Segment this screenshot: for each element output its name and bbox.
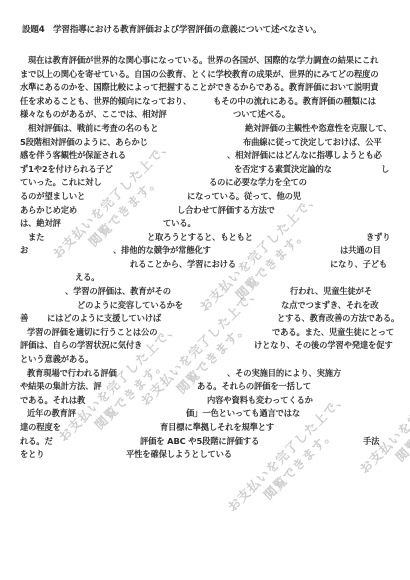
text-segment-line-19: 善 xyxy=(20,313,28,324)
text-segment-line-16: える。 xyxy=(75,272,99,283)
text-segment-line-25: である。それは教 xyxy=(20,395,85,406)
document-page: 設題4 学習指導における教育評価および学習評価の意義について述べなさい。 現在は… xyxy=(0,0,410,580)
text-segment-line-17: 行われ、児童生徒がそ xyxy=(290,286,372,297)
text-segment-line-20: である。また、児童生徒にとって xyxy=(272,327,394,338)
text-segment-line-27: 育目標に準拠しそれを規準とす xyxy=(160,422,274,433)
text-segment-line-14: お xyxy=(20,245,28,256)
text-segment-line-29: をとり xyxy=(20,449,44,460)
text-segment-line-3: 任を求めることも、世界的傾向になっており、 xyxy=(20,96,191,107)
text-segment-line-18: な点でつまずき、それを改 xyxy=(281,300,378,311)
text-segment-line-6: 5段階相対評価のように、あらかじ xyxy=(20,137,148,148)
text-segment-line-8: ず1や2を付けられる子ど xyxy=(20,164,113,175)
text-segment-line-23: 、その実施目的により、実施方 xyxy=(227,368,341,379)
text-segment-line-11: し合わせて評価する方法で xyxy=(177,205,275,216)
text-segment-line-6: 布曲線に従って決定しておけば、公平 xyxy=(243,137,382,148)
text-segment-line-24: や結果の集計方法、評 xyxy=(20,381,101,392)
text-segment-line-28: 手法 xyxy=(363,436,379,447)
text-segment-line-5: 相対評価は、戦前に考査の名のもと xyxy=(28,123,158,134)
text-segment-line-17: 、学習の評価は、教育がその xyxy=(65,286,171,297)
text-segment-line-11: あらかじめ定め xyxy=(20,205,77,216)
text-segment-line-29: 平性を確保しようとしている xyxy=(126,449,232,460)
text-segment-line-21: けとなり、その後の学習や発達を促す xyxy=(254,340,393,351)
text-segment-line-13: また xyxy=(28,232,44,243)
text-segment-line-3: もその中の流れにある。教育評価の種類には xyxy=(213,96,376,107)
text-segment-line-5: 絶対評価の主観性や恣意性を克服して、 xyxy=(245,123,391,134)
text-segment-line-10: るのが望ましいと xyxy=(20,191,85,202)
text-segment-line-10: になっている。従って、他の児 xyxy=(187,191,301,202)
text-segment-line-8: を否定する素質決定論的な xyxy=(234,164,332,175)
text-segment-line-9: ていった。これに対し xyxy=(20,177,101,188)
watermark-line2: 閲覧できます。 xyxy=(392,363,410,465)
text-segment-line-19: にはどのように支援していけば xyxy=(47,313,161,324)
text-segment-line-27: 達の程度を xyxy=(20,422,61,433)
text-segment-line-7: 感を伴う客観性が保証される xyxy=(20,150,126,161)
watermark-line1: お支払いを完了した上で、 xyxy=(356,351,410,477)
text-segment-line-4: ついて述べる。 xyxy=(233,109,290,120)
text-segment-line-20: 学習の評価を適切に行うことは公の xyxy=(27,327,157,338)
text-segment-line-26: 価」一色といっても過言ではな xyxy=(186,408,300,419)
text-segment-line-23: 教育現場で行われる評価 xyxy=(27,368,117,379)
text-segment-line-7: 、相対評価にはどんなに指導しようとも必 xyxy=(227,150,382,161)
text-segment-line-9: るのに必要な学力を全ての xyxy=(209,177,307,188)
text-segment-line-1: まで以上の関心を寄せている。自国の公教育、とくに学校教育の成果が、世界的にみてど… xyxy=(20,69,378,80)
text-segment-line-4: 様々なものがあるが、ここでは、相対評 xyxy=(20,109,167,120)
page-title: 設題4 学習指導における教育評価および学習評価の意義について述べなさい。 xyxy=(22,23,321,35)
text-segment-line-22: という意義がある。 xyxy=(20,354,93,365)
text-segment-line-15: れることから、学習における xyxy=(130,259,236,270)
text-segment-line-13: きずり xyxy=(366,232,390,243)
text-segment-line-21: 評価は、自らの学習状況に気付き xyxy=(20,340,142,351)
text-segment-line-12: ている。 xyxy=(163,218,196,229)
text-segment-line-28: 評価を ABC や5段階に評価する xyxy=(140,436,259,447)
text-segment-line-14: 、排他的な競争が常態化す xyxy=(113,245,211,256)
text-segment-line-28: れる。だ xyxy=(20,436,53,447)
text-segment-line-13: と取ろうとすると、もともと xyxy=(147,232,253,243)
text-segment-line-14: は共通の目 xyxy=(340,245,381,256)
text-segment-line-25: 内容や資料も変わってくるか xyxy=(207,395,313,406)
text-segment-line-26: 近年の教育評 xyxy=(27,408,76,419)
text-segment-line-0: 現在は教育評価が世界的な関心事になっている。世界の各国が、国際的な学力調査の結果… xyxy=(28,55,378,66)
text-segment-line-12: は、絶対評 xyxy=(20,218,61,229)
text-segment-line-19: とする、教育改善の方法である。 xyxy=(277,313,399,324)
payment-watermark: お支払いを完了した上で、閲覧できます。 xyxy=(356,351,410,489)
text-segment-line-2: 水準にあるのかを、国際比較によって把握することができるからである。教育評価におい… xyxy=(20,82,378,93)
text-segment-line-15: になり、子ども xyxy=(330,259,387,270)
text-segment-line-24: ある。それらの評価を一括して xyxy=(197,381,311,392)
text-segment-line-18: どのように変容しているかを xyxy=(77,300,183,311)
text-segment-line-8: し xyxy=(381,164,389,175)
